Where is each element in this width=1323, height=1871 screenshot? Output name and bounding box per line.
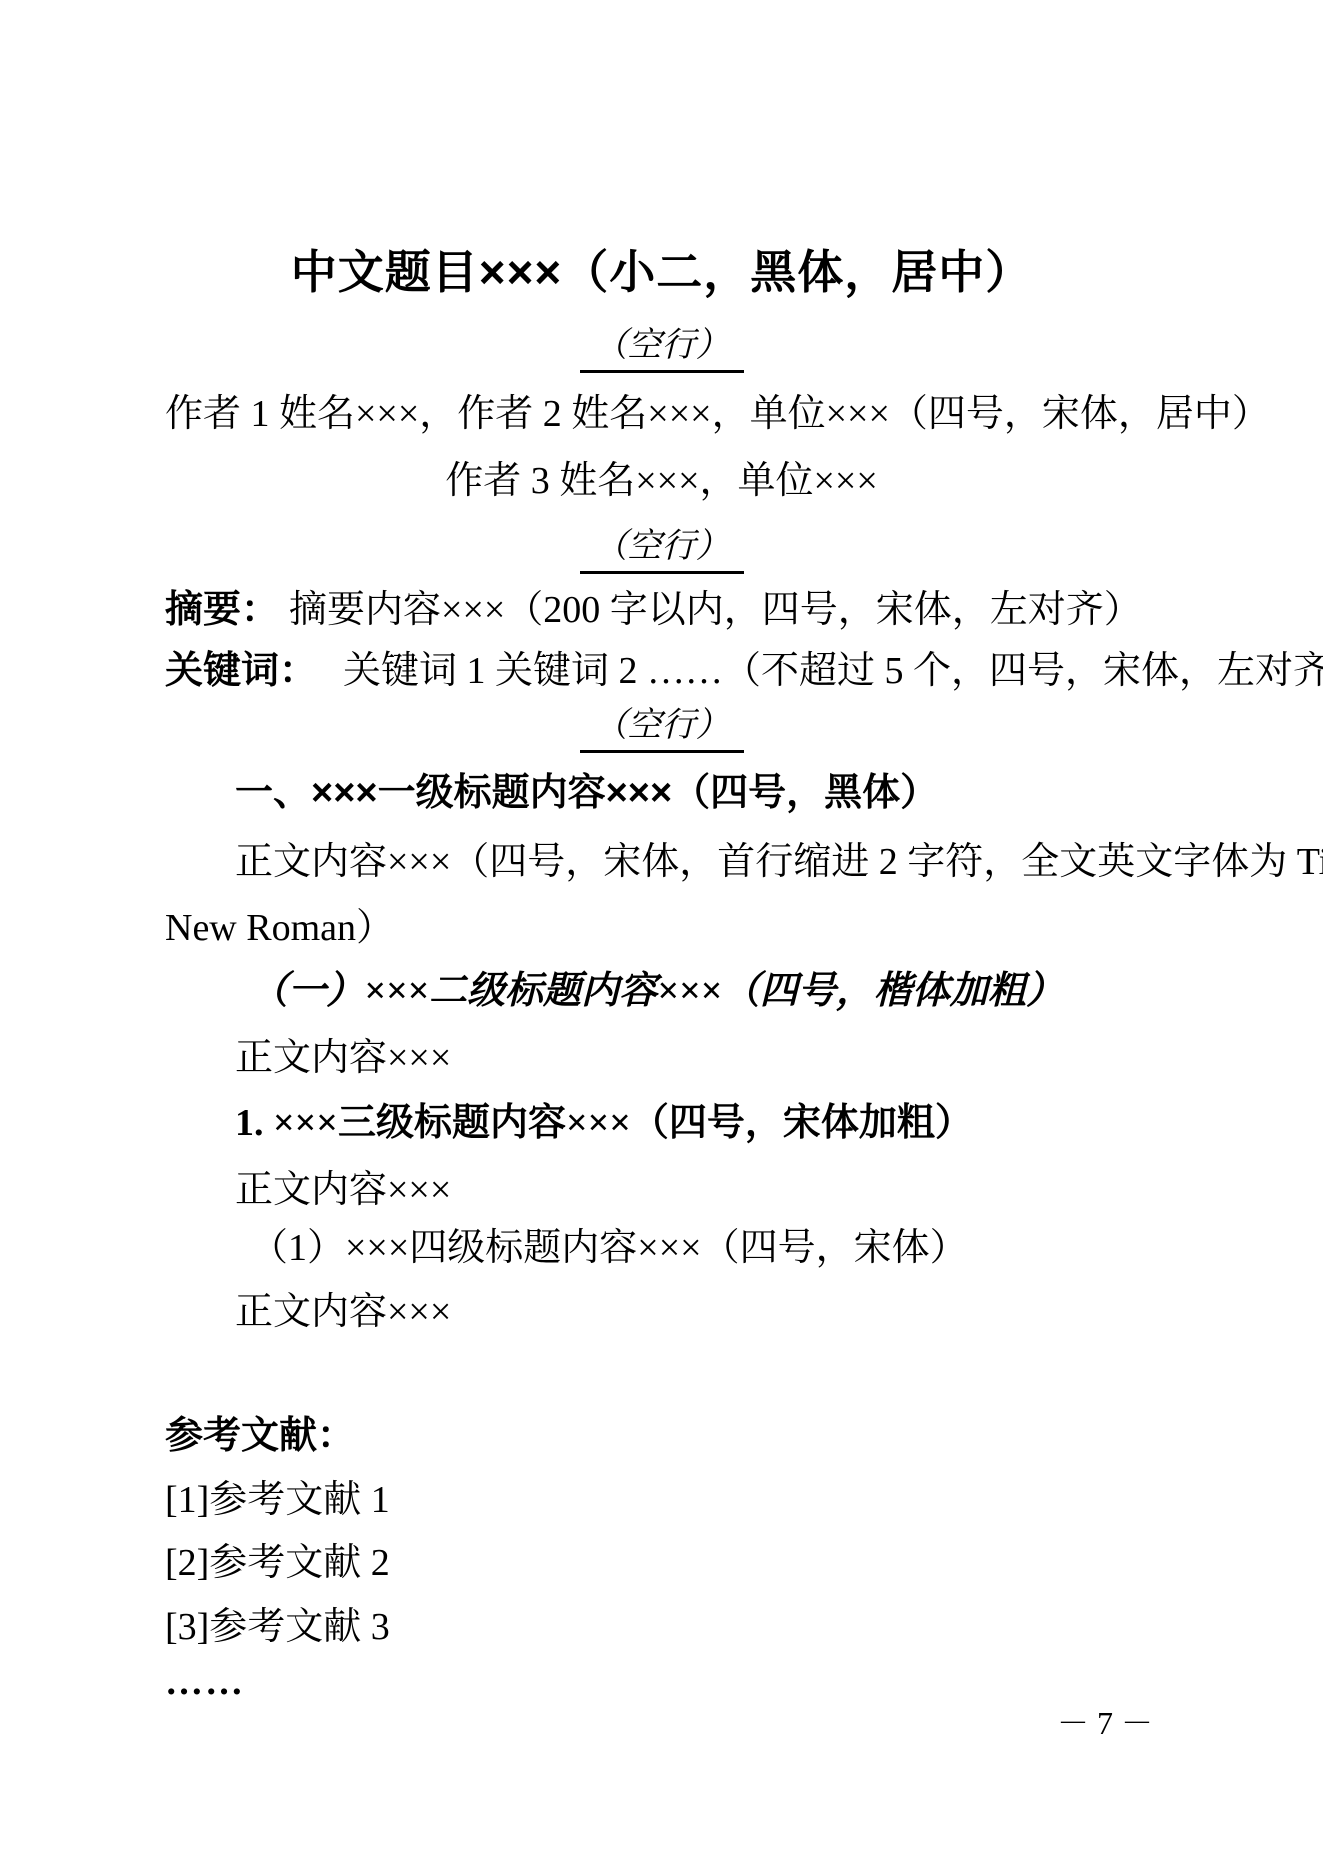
reference-item: [1]参考文献 1	[165, 1478, 1158, 1523]
blank-line-label: （空行）	[580, 706, 744, 753]
reference-item: [3]参考文献 3	[165, 1605, 1158, 1650]
heading-level-3: 1. ×××三级标题内容×××（四号，宋体加粗）	[165, 1101, 1158, 1146]
abstract-label: 摘要：	[165, 589, 279, 631]
blank-line-label: （空行）	[580, 326, 744, 373]
body-text-line-4: 正文内容×××	[165, 1290, 1158, 1335]
blank-line-marker-2: （空行）	[165, 527, 1158, 574]
heading-level-4: （1）×××四级标题内容×××（四号，宋体）	[165, 1226, 1158, 1271]
page-number: － 7 －	[1020, 1698, 1190, 1744]
blank-line-marker-3: （空行）	[165, 706, 1158, 753]
body-text-line-3: 正文内容×××	[165, 1168, 1158, 1213]
references-heading: 参考文献：	[165, 1414, 1158, 1459]
paper-title: 中文题目×××（小二，黑体，居中）	[165, 245, 1158, 299]
abstract-text: 摘要内容×××（200 字以内，四号，宋体，左对齐）	[289, 589, 1142, 631]
abstract-line: 摘要：摘要内容×××（200 字以内，四号，宋体，左对齐）	[165, 588, 1158, 633]
keywords-label: 关键词：	[165, 650, 317, 692]
keywords-line: 关键词：关键词 1 关键词 2 ……（不超过 5 个，四号，宋体，左对齐）	[165, 649, 1158, 694]
keywords-text: 关键词 1 关键词 2 ……（不超过 5 个，四号，宋体，左对齐）	[343, 650, 1323, 692]
body-text-line-1b: New Roman）	[165, 906, 1158, 951]
reference-item: [2]参考文献 2	[165, 1541, 1158, 1586]
blank-line-label: （空行）	[580, 527, 744, 574]
heading-level-1: 一、×××一级标题内容×××（四号，黑体）	[165, 771, 1158, 816]
authors-line-2: 作者 3 姓名×××，单位×××	[165, 459, 1158, 504]
reference-ellipsis: ……	[165, 1660, 1158, 1705]
document-page: 中文题目×××（小二，黑体，居中） （空行） 作者 1 姓名×××，作者 2 姓…	[0, 0, 1323, 1871]
authors-line-1: 作者 1 姓名×××，作者 2 姓名×××，单位×××（四号，宋体，居中）	[165, 392, 1158, 437]
blank-line-marker-1: （空行）	[165, 326, 1158, 373]
body-text-line-1a: 正文内容×××（四号，宋体，首行缩进 2 字符，全文英文字体为 Times	[165, 840, 1158, 885]
body-text-line-2: 正文内容×××	[165, 1036, 1158, 1081]
heading-level-2: （一）×××二级标题内容×××（四号，楷体加粗）	[165, 969, 1158, 1014]
